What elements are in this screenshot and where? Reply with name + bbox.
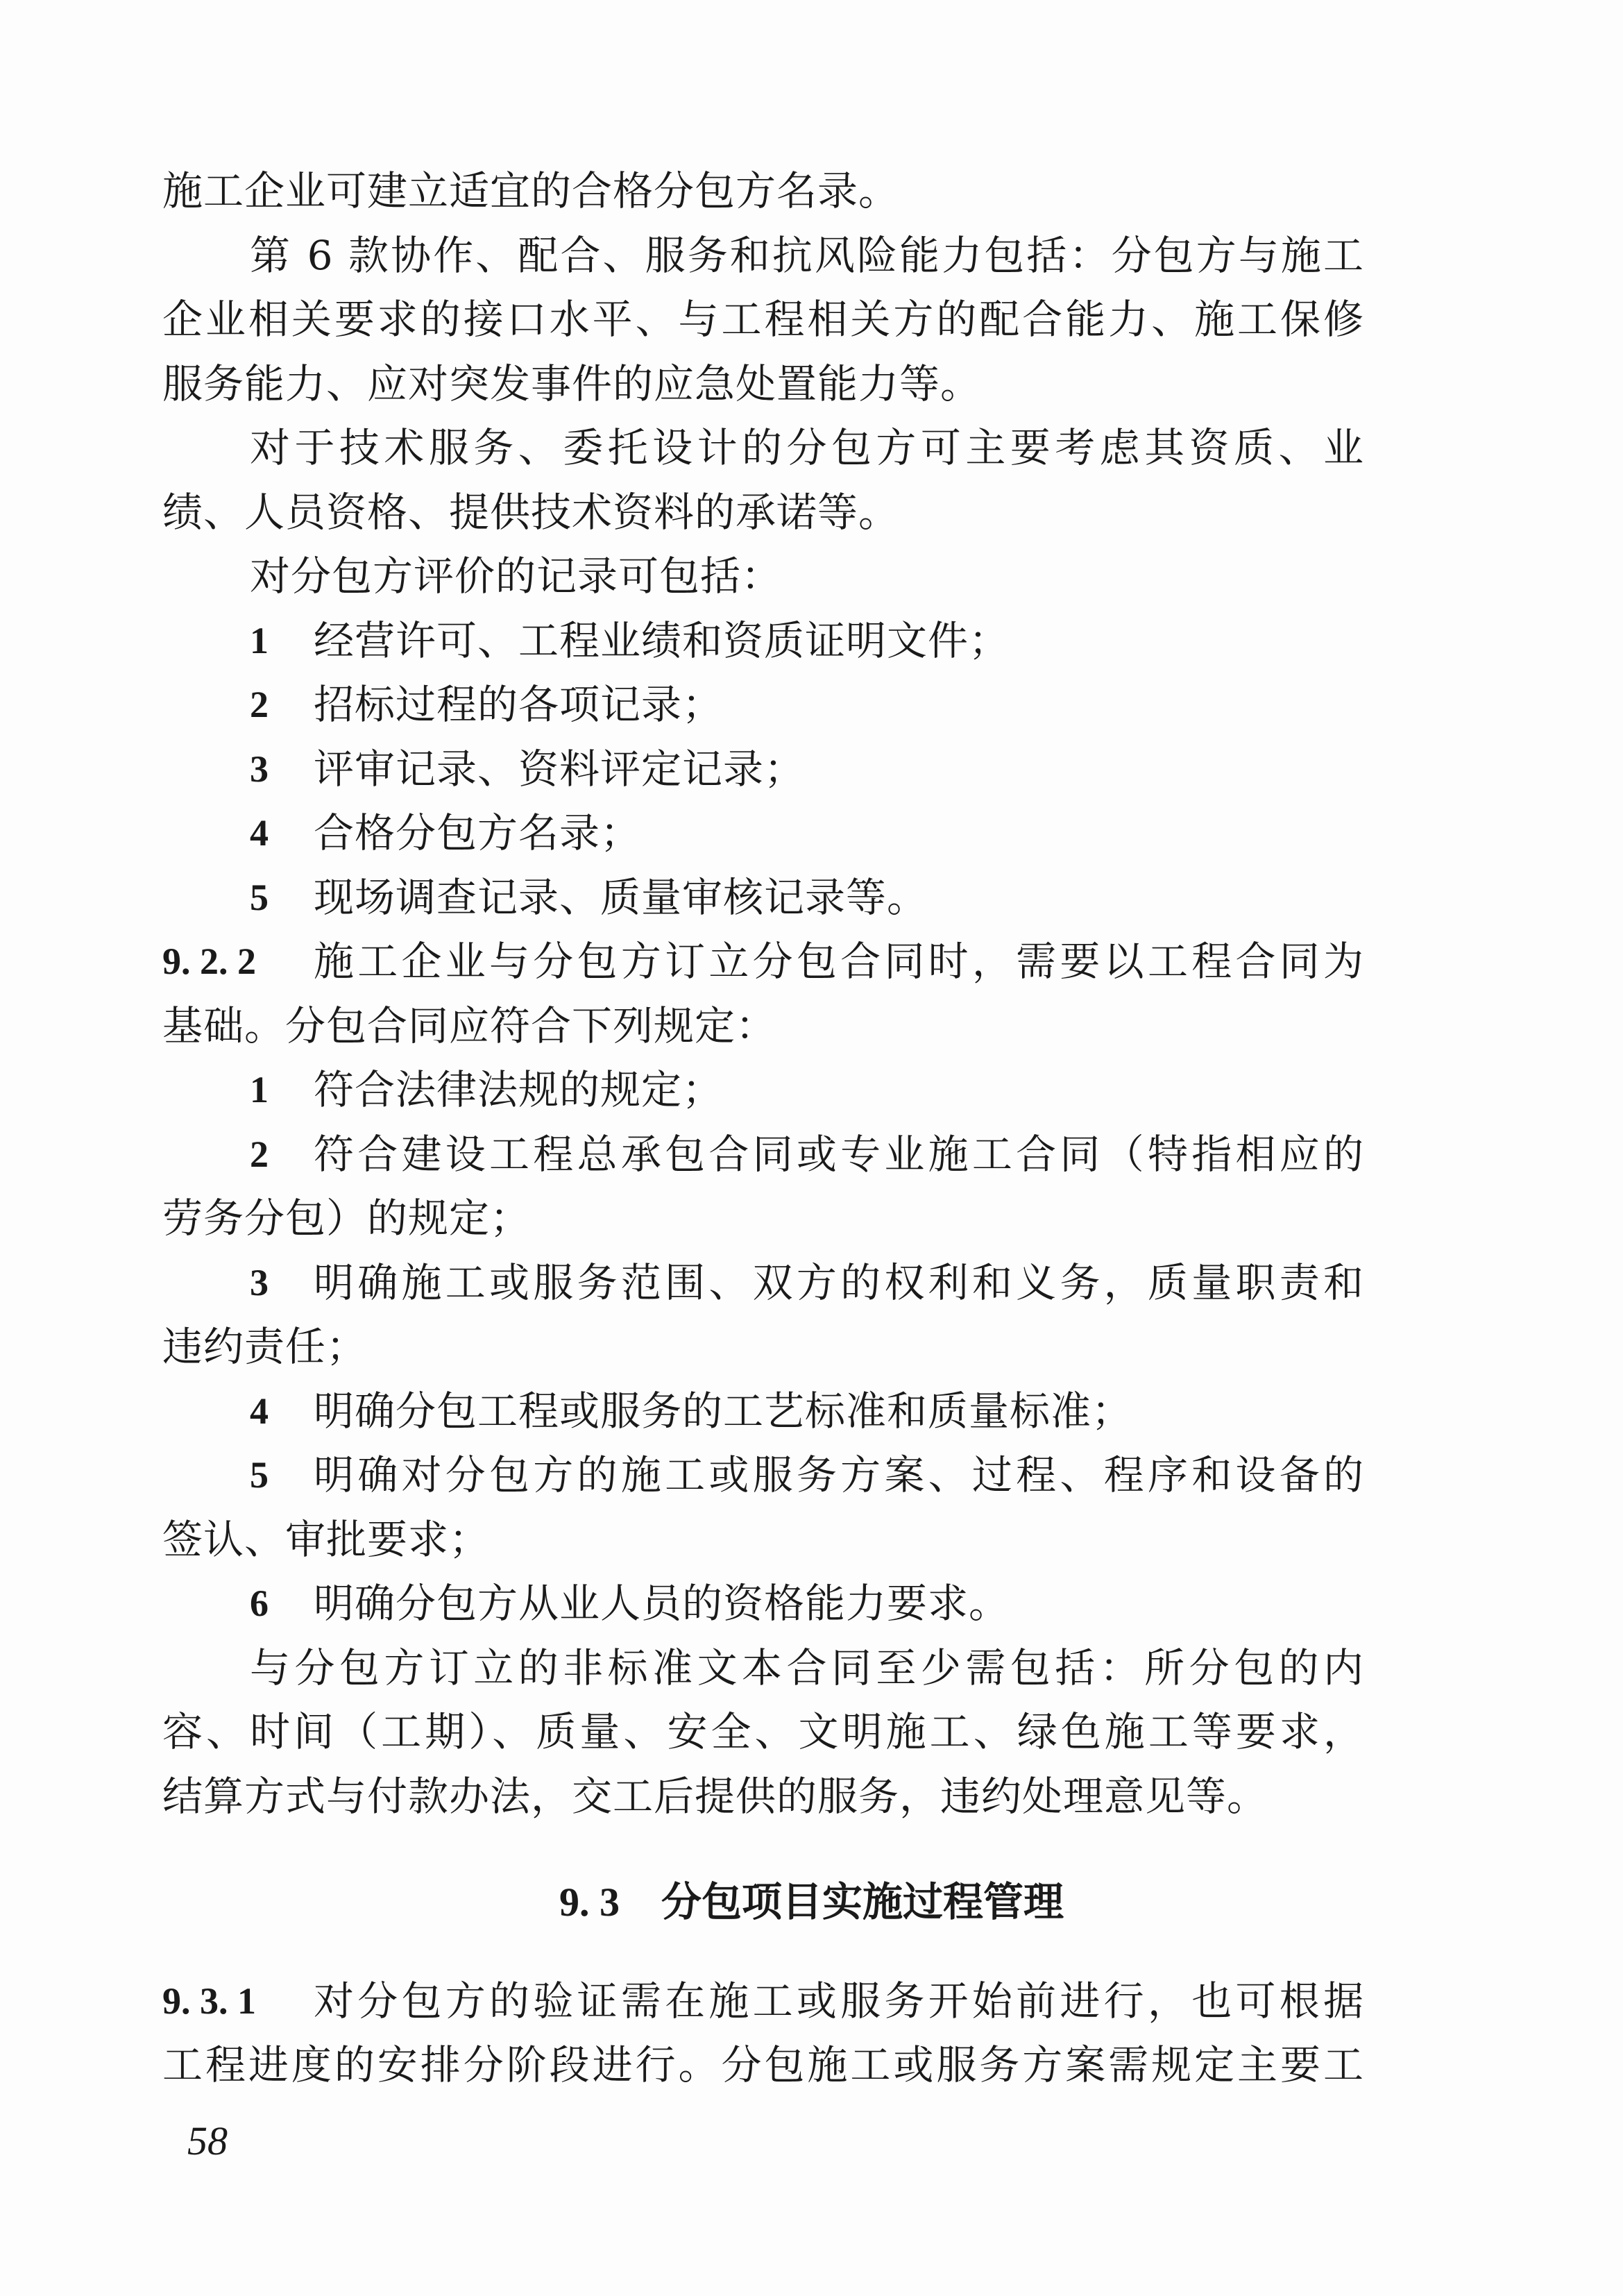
list-item: 合格分包方名录； bbox=[314, 809, 1364, 857]
section-number: 9. 3 bbox=[559, 1880, 620, 1925]
list-item: 经营许可、工程业绩和资质证明文件； bbox=[314, 616, 1364, 665]
list-number: 1 bbox=[250, 1065, 269, 1114]
clause-text: 工程进度的安排分阶段进行。分包施工或服务方案需规定主要工 bbox=[162, 2041, 1364, 2089]
clause-number: 9. 2. 2 bbox=[162, 937, 256, 986]
paragraph-line: 对分包方评价的记录可包括： bbox=[250, 552, 1364, 600]
list-item: 现场调查记录、质量审核记录等。 bbox=[314, 873, 1364, 922]
paragraph-line: 绩、人员资格、提供技术资料的承诺等。 bbox=[162, 488, 1364, 537]
list-number: 4 bbox=[250, 809, 269, 857]
paragraph-line: 结算方式与付款办法，交工后提供的服务，违约处理意见等。 bbox=[162, 1772, 1364, 1821]
list-number: 5 bbox=[250, 873, 269, 922]
list-item: 评审记录、资料评定记录； bbox=[314, 745, 1364, 793]
list-item-continuation: 违约责任； bbox=[162, 1322, 1364, 1371]
page-number: 58 bbox=[187, 2117, 228, 2166]
list-number: 6 bbox=[250, 1579, 269, 1628]
paragraph-line: 施工企业可建立适宜的合格分包方名录。 bbox=[162, 167, 1364, 215]
list-item: 明确分包工程或服务的工艺标准和质量标准； bbox=[314, 1387, 1364, 1435]
list-item-continuation: 劳务分包）的规定； bbox=[162, 1194, 1364, 1242]
list-number: 2 bbox=[250, 1130, 269, 1179]
list-number: 1 bbox=[250, 616, 269, 665]
list-number: 4 bbox=[250, 1387, 269, 1435]
list-item-continuation: 签认、审批要求； bbox=[162, 1515, 1364, 1564]
list-item: 招标过程的各项记录； bbox=[314, 680, 1364, 729]
list-item: 明确施工或服务范围、双方的权利和义务，质量职责和 bbox=[314, 1258, 1364, 1307]
list-item: 明确分包方从业人员的资格能力要求。 bbox=[314, 1579, 1364, 1628]
list-number: 3 bbox=[250, 1258, 269, 1307]
paragraph-line: 与分包方订立的非标准文本合同至少需包括：所分包的内 bbox=[250, 1644, 1364, 1692]
list-item: 符合法律法规的规定； bbox=[314, 1065, 1364, 1114]
clause-text: 施工企业与分包方订立分包合同时，需要以工程合同为 bbox=[314, 937, 1364, 986]
paragraph-line: 第 6 款协作、配合、服务和抗风险能力包括：分包方与施工 bbox=[250, 231, 1364, 280]
clause-number: 9. 3. 1 bbox=[162, 1977, 256, 2025]
section-heading: 9. 3分包项目实施过程管理 bbox=[0, 1877, 1623, 1926]
paragraph-line: 容、时间（工期）、质量、安全、文明施工、绿色施工等要求， bbox=[162, 1707, 1364, 1756]
paragraph-line: 企业相关要求的接口水平、与工程相关方的配合能力、施工保修 bbox=[162, 295, 1364, 344]
document-page: 施工企业可建立适宜的合格分包方名录。 第 6 款协作、配合、服务和抗风险能力包括… bbox=[0, 0, 1623, 2296]
list-item: 符合建设工程总承包合同或专业施工合同（特指相应的 bbox=[314, 1130, 1364, 1179]
list-number: 5 bbox=[250, 1451, 269, 1499]
list-number: 3 bbox=[250, 745, 269, 793]
list-item: 明确对分包方的施工或服务方案、过程、程序和设备的 bbox=[314, 1451, 1364, 1499]
clause-text: 对分包方的验证需在施工或服务开始前进行，也可根据 bbox=[314, 1977, 1364, 2025]
clause-text: 基础。分包合同应符合下列规定： bbox=[162, 1002, 1364, 1050]
list-number: 2 bbox=[250, 680, 269, 729]
paragraph-line: 服务能力、应对突发事件的应急处置能力等。 bbox=[162, 360, 1364, 408]
section-title: 分包项目实施过程管理 bbox=[661, 1878, 1064, 1925]
paragraph-line: 对于技术服务、委托设计的分包方可主要考虑其资质、业 bbox=[250, 423, 1364, 472]
